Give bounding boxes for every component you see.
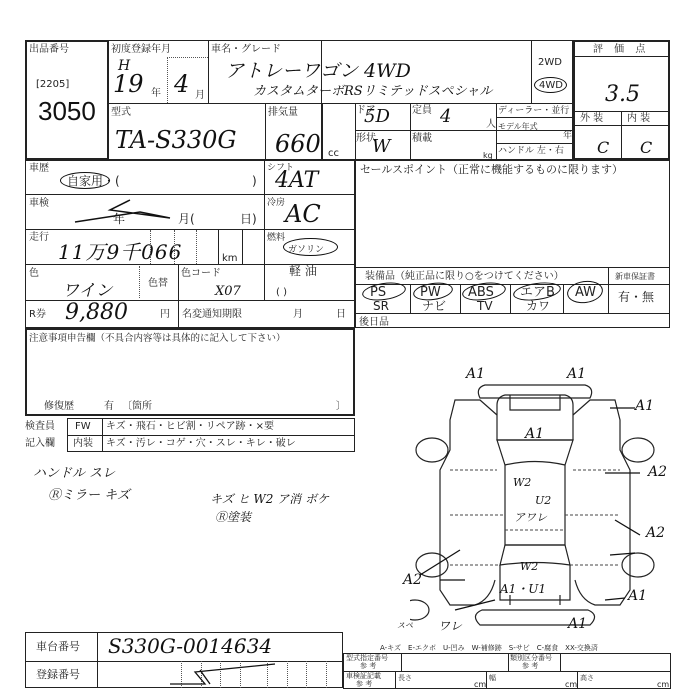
load-label: 積載 [412,133,432,144]
damage-mark: A1 [466,366,485,382]
shift-value: 4AT [275,168,318,193]
recycle-unit: 円 [160,309,170,320]
reg-strike [165,662,285,688]
model-year-label: モデル年式 [498,121,538,132]
damage-mark: A1 [628,588,647,604]
damage-mark: A1 [567,366,586,382]
displacement-value: 660 [275,130,321,158]
class-sub: 参 考 [522,662,538,670]
repair-value[interactable]: 有 [104,401,114,412]
class-label: 類別区分番号 [510,654,552,662]
damage-mark: ワレ [438,617,462,634]
interior-label: 内 装 [627,113,650,124]
damage-mark: A1・U1 [500,580,546,597]
mileage-value: 11万9千066 [58,236,182,265]
fuel-diesel[interactable]: 軽 油 [289,266,317,277]
recycle-amount: 9,880 [65,300,128,325]
color-value: ワイン [62,276,113,301]
length-unit: cm [474,679,486,690]
drive-4wd-circle [534,77,567,93]
color-change-label: 色替 [148,278,168,289]
note-line-2: Ⓡミラー キズ [48,484,130,503]
score-value: 3.5 [605,82,640,107]
month-unit: 月 [195,90,205,101]
type-cert-sub: 参 考 [360,662,376,670]
note-line-3: キズ ヒ W2 ア消 ボケ [210,490,329,507]
fuel-other: ( ) [276,287,287,298]
first-reg-label: 初度登録年月 [111,44,171,55]
damage-mark: A2 [646,525,665,541]
equip-sr[interactable]: SR [373,301,389,312]
inspection-strike [70,198,180,228]
inspection-label: 車検 [29,198,49,209]
capacity-value: 4 [440,106,451,127]
inspection-cert-sub: 参 考 [356,680,372,688]
damage-mark: A1 [568,616,587,632]
name-change-day: 日 [336,309,346,320]
car-name: アトレーワゴン 4WD [225,56,411,83]
repair-place: 〔箇所 [122,401,152,412]
warranty-label: 新車保証書 [615,271,655,282]
chassis-number: S330G-0014634 [108,634,272,658]
damage-mark: W2 [513,476,531,489]
equipment-label: 装備品（純正品に限り○をつけてください） [365,271,564,282]
inspection-month: 月( [178,214,195,225]
capacity-label: 定員 [412,105,432,116]
first-reg-year: 19 [113,70,144,98]
color-code-label: 色コード [181,268,221,279]
note-line-1: ハンドル スレ [33,462,115,481]
interior-items: キズ・汚レ・コゲ・穴・スレ・キレ・破レ [106,438,296,449]
fw-items: キズ・飛石・ヒビ割・リペア跡・×要 [106,421,274,432]
inspector-label-1: 検査員 [25,421,55,432]
damage-mark: W2 [520,560,538,573]
damage-mark: スペ [397,620,413,631]
model-year-unit: 年 [563,131,572,142]
damage-mark: A2 [403,572,422,588]
name-label: 車名・グレード [211,44,281,55]
lot-sub: [2205] [36,79,69,90]
ac-label: 冷房 [267,198,285,209]
first-reg-month: 4 [174,70,189,98]
score-label: 評 価 点 [593,44,649,55]
year-unit: 年 [151,88,161,99]
chassis-label: 車台番号 [36,641,80,652]
ac-value: AC [285,200,321,228]
width-label: 幅 [489,673,496,684]
color-label: 色 [29,268,39,279]
sales-points-label: セールスポイント（正常に機能するものに限ります） [360,164,623,175]
height-unit: cm [657,679,669,690]
name-change-label: 名変通知期限 [182,309,242,320]
recycle-label: R券 [29,309,46,320]
fuel-gasoline-circle [283,238,338,256]
capacity-unit: 人 [486,119,496,130]
repair-close: 〕 [336,401,346,412]
equip-leather[interactable]: カワ [526,301,550,312]
name-change-month: 月 [293,309,303,320]
fuel-label: 燃料 [267,233,285,244]
repair-label: 修復歴 [44,401,74,412]
lot-label: 出品番号 [29,44,69,55]
history-circle [60,172,110,189]
damage-mark: A1 [525,426,544,442]
shape-value: W [372,136,391,157]
exterior-grade: C [597,138,609,157]
car-grade: カスタムターボRSリミテッドスペシャル [253,80,492,99]
inspector-label-2: 記入欄 [25,438,55,449]
equip-tv[interactable]: TV [477,301,493,312]
damage-mark: A2 [648,464,667,480]
warranty-value[interactable]: 有・無 [618,292,654,303]
exterior-label: 外 装 [580,113,603,124]
doors-value: 5D [364,106,390,127]
damage-mark: U2 [535,494,551,507]
model-code: TA-S330G [115,126,237,154]
history-close: ) [252,176,257,187]
mileage-unit: km [222,253,238,264]
width-unit: cm [565,679,577,690]
mileage-label: 走行 [29,232,49,243]
interior-grade: C [640,138,652,157]
type-cert-label: 型式指定番号 [346,654,388,662]
damage-mark: A1 [635,398,654,414]
history-label: 車歴 [29,163,49,174]
drive-2wd: 2WD [538,57,562,68]
damage-mark: アワレ [514,509,547,525]
inspection-day: 日) [240,214,257,225]
color-code-value: X07 [215,284,241,299]
dealer-label: ディーラー・並行 [498,106,569,117]
lot-number: 3050 [38,96,96,127]
aftermarket-label: 後日品 [359,317,389,328]
height-label: 高さ [580,673,594,684]
fw-label: FW [75,421,91,432]
note-line-4: Ⓡ塗装 [215,508,251,525]
handle-label: ハンドル 左・右 [498,146,564,157]
displacement-label: 排気量 [268,107,298,118]
interior-row-label: 内装 [73,438,93,449]
length-label: 長さ [398,673,412,684]
equip-navi[interactable]: ナビ [422,301,446,312]
inspection-cert-label: 車検証記載 [346,672,381,680]
caution-label: 注意事項申告欄（不具合内容等は具体的に記入して下さい） [29,333,286,344]
model-label: 型式 [111,107,131,118]
reg-label: 登録番号 [36,669,80,680]
